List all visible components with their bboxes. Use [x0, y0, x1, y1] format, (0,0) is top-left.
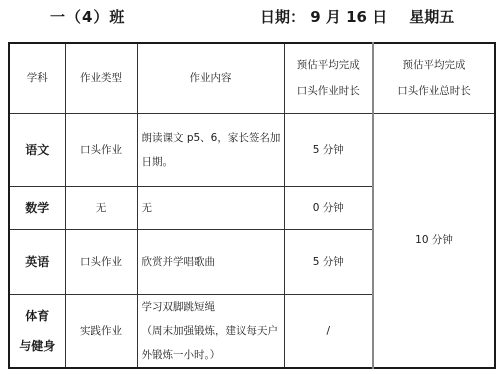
header-total-line1: 预估平均完成 [374, 52, 494, 78]
subject-cell: 英语 [9, 229, 65, 294]
total-duration-cell: 10 分钟 [373, 113, 495, 368]
content-cell: 朗读课文 p5、6，家长签名加 日期。 [137, 113, 284, 186]
subject-cell: 数学 [9, 186, 65, 229]
weekday: 星期五 [409, 8, 454, 26]
subject-line: 与健身 [10, 331, 65, 361]
subject-cell: 语文 [9, 113, 65, 186]
duration-cell: / [284, 294, 373, 368]
content-line: 外锻炼一小时。） [142, 343, 284, 367]
type-cell: 实践作业 [65, 294, 137, 368]
header-type: 作业类型 [65, 43, 137, 113]
date-line: 日期： 9 月 16 日星期五 [260, 6, 454, 27]
header-total-line2: 口头作业总时长 [374, 78, 494, 104]
table-row: 语文 口头作业 朗读课文 p5、6，家长签名加 日期。 5 分钟 10 分钟 [9, 113, 495, 186]
subject-cell: 体育 与健身 [9, 294, 65, 368]
header-avg-line1: 预估平均完成 [285, 52, 373, 78]
content-line: 日期。 [142, 150, 284, 174]
homework-table: 学科 作业类型 作业内容 预估平均完成 口头作业时长 预估平均完成 口头作业总时… [8, 42, 496, 369]
table-header-row: 学科 作业类型 作业内容 预估平均完成 口头作业时长 预估平均完成 口头作业总时… [9, 43, 495, 113]
duration-cell: 0 分钟 [284, 186, 373, 229]
class-title: 一（4）班 [50, 6, 125, 27]
duration-cell: 5 分钟 [284, 229, 373, 294]
header-avg-line2: 口头作业时长 [285, 78, 373, 104]
content-cell: 学习双脚跳短绳 （周末加强锻炼，建议每天户 外锻炼一小时。） [137, 294, 284, 368]
date-label: 日期： [260, 8, 305, 26]
subject-line: 体育 [10, 301, 65, 331]
date-value: 9 月 16 日 [305, 8, 387, 26]
content-cell: 欣赏并学唱歌曲 [137, 229, 284, 294]
content-line: （周末加强锻炼，建议每天户 [142, 319, 284, 343]
type-cell: 无 [65, 186, 137, 229]
header-subject: 学科 [9, 43, 65, 113]
content-cell: 无 [137, 186, 284, 229]
header-total-duration: 预估平均完成 口头作业总时长 [373, 43, 495, 113]
duration-cell: 5 分钟 [284, 113, 373, 186]
header-content: 作业内容 [137, 43, 284, 113]
header-avg-duration: 预估平均完成 口头作业时长 [284, 43, 373, 113]
content-line: 朗读课文 p5、6，家长签名加 [142, 126, 284, 150]
content-line: 学习双脚跳短绳 [142, 295, 284, 319]
type-cell: 口头作业 [65, 113, 137, 186]
type-cell: 口头作业 [65, 229, 137, 294]
